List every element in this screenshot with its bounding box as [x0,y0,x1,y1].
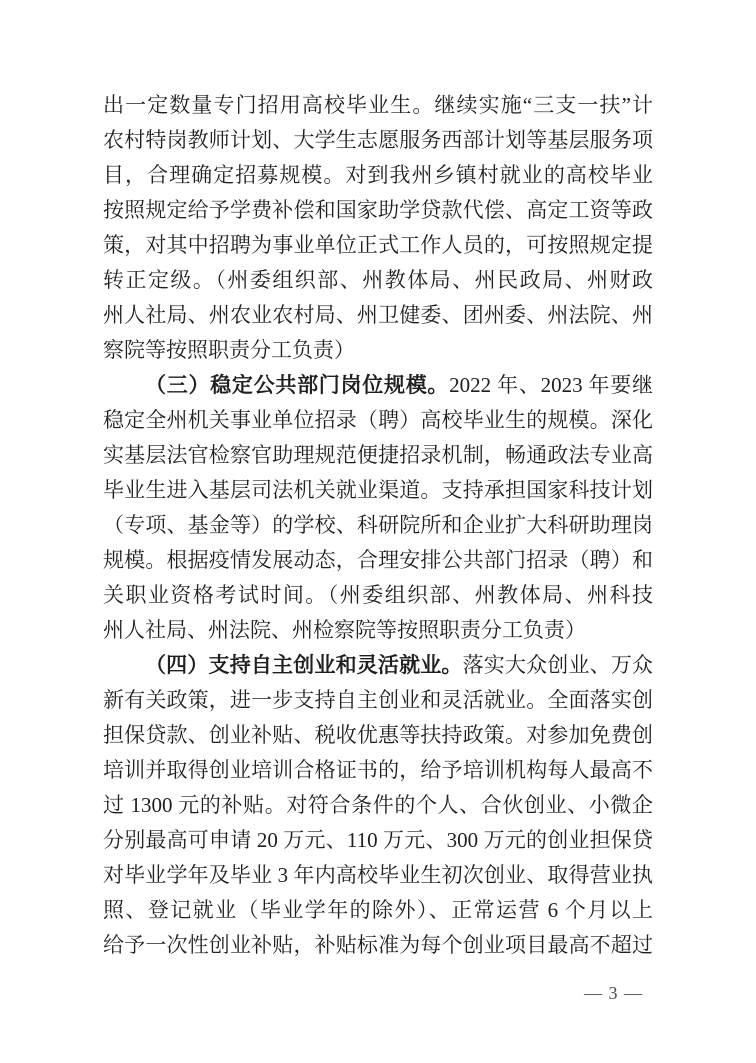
document-page: 出一定数量专门招用高校毕业生。继续实施“三支一扶”计划、农村特岗教师计划、大学生… [0,0,756,1063]
text-line: 规模。根据疫情发展动态，合理安排公共部门招录（聘）和有 [103,543,653,578]
text-line: 目，合理确定招募规模。对到我州乡镇村就业的高校毕业生， [103,158,653,193]
text-line: 实基层法官检察官助理规范便捷招录机制，畅通政法专业高校 [103,438,653,473]
text-line: 转正定级。（州委组织部、州教体局、州民政局、州财政局、 [103,263,653,298]
text-line: （专项、基金等）的学校、科研院所和企业扩大科研助理岗位 [103,508,653,543]
text-line-content: 农村特岗教师计划、大学生志愿服务西部计划等基层服务项 [103,128,653,152]
text-line-content: 毕业生进入基层司法机关就业渠道。支持承担国家科技计划 [103,478,653,502]
text-line-content: 培训并取得创业培训合格证书的，给予培训机构每人最高不超 [103,758,653,788]
text-line-content: 过 1300 元的补贴。对符合条件的个人、合伙创业、小微企业， [103,793,653,823]
text-line-content: 照、登记就业（毕业学年的除外）、正常运营 6 个月以上的， [103,898,653,928]
text-line: （四）支持自主创业和灵活就业。落实大众创业、万众创 [103,648,653,683]
text-line-content: 规模。根据疫情发展动态，合理安排公共部门招录（聘）和有 [103,548,653,578]
text-line-content: 担保贷款、创业补贴、税收优惠等扶持政策。对参加免费创业 [103,723,653,753]
text-line-content: 实基层法官检察官助理规范便捷招录机制，畅通政法专业高校 [103,443,653,473]
text-line-content: 策，对其中招聘为事业单位正式工作人员的，可按照规定提前 [103,233,653,263]
text-line-content: 对毕业学年及毕业 3 年内高校毕业生初次创业、取得营业执 [103,863,653,887]
text-line: 照、登记就业（毕业学年的除外）、正常运营 6 个月以上的， [103,893,653,928]
text-line-content: 关职业资格考试时间。（州委组织部、州教体局、州科技局、 [103,583,653,613]
text-line-content: 给予一次性创业补贴，补贴标准为每个创业项目最高不超过 3 [103,933,653,963]
text-line-content: 察院等按照职责分工负责） [103,338,355,362]
text-line: 州人社局、州法院、州检察院等按照职责分工负责） [103,613,653,648]
text-line-content: 出一定数量专门招用高校毕业生。继续实施“三支一扶”计划、 [103,93,653,123]
text-line-content: 分别最高可申请 20 万元、110 万元、300 万元的创业担保贷款。 [103,828,653,858]
text-line-content: （专项、基金等）的学校、科研院所和企业扩大科研助理岗位 [103,513,653,543]
text-line-content: 新有关政策，进一步支持自主创业和灵活就业。全面落实创业 [103,688,653,718]
text-line: 按照规定给予学费补偿和国家助学贷款代偿、高定工资等政 [103,193,653,228]
section-heading: （四）支持自主创业和灵活就业。 [145,653,463,677]
text-line: 州人社局、州农业农村局、州卫健委、团州委、州法院、州检 [103,298,653,333]
text-line: 农村特岗教师计划、大学生志愿服务西部计划等基层服务项 [103,123,653,158]
text-line-content: 按照规定给予学费补偿和国家助学贷款代偿、高定工资等政 [103,198,653,222]
text-line-content: 目，合理确定招募规模。对到我州乡镇村就业的高校毕业生， [103,163,653,193]
page-number: — 3 — [103,983,653,1004]
text-line-content: 转正定级。（州委组织部、州教体局、州民政局、州财政局、 [103,268,653,298]
text-line: 分别最高可申请 20 万元、110 万元、300 万元的创业担保贷款。 [103,823,653,858]
text-line: 对毕业学年及毕业 3 年内高校毕业生初次创业、取得营业执 [103,858,653,893]
text-line: 过 1300 元的补贴。对符合条件的个人、合伙创业、小微企业， [103,788,653,823]
text-line: 给予一次性创业补贴，补贴标准为每个创业项目最高不超过 3 [103,928,653,963]
text-line: 策，对其中招聘为事业单位正式工作人员的，可按照规定提前 [103,228,653,263]
section-heading: （三）稳定公共部门岗位规模。 [145,373,449,397]
text-line: 毕业生进入基层司法机关就业渠道。支持承担国家科技计划 [103,473,653,508]
text-line: 关职业资格考试时间。（州委组织部、州教体局、州科技局、 [103,578,653,613]
text-line: 出一定数量专门招用高校毕业生。继续实施“三支一扶”计划、 [103,88,653,123]
text-line: 担保贷款、创业补贴、税收优惠等扶持政策。对参加免费创业 [103,718,653,753]
text-line: 新有关政策，进一步支持自主创业和灵活就业。全面落实创业 [103,683,653,718]
text-line-content: 稳定全州机关事业单位招录（聘）高校毕业生的规模。深化落 [103,408,653,438]
text-line: 稳定全州机关事业单位招录（聘）高校毕业生的规模。深化落 [103,403,653,438]
text-line-content: 州人社局、州农业农村局、州卫健委、团州委、州法院、州检 [103,303,653,333]
document-body: 出一定数量专门招用高校毕业生。继续实施“三支一扶”计划、农村特岗教师计划、大学生… [103,88,653,963]
text-line: （三）稳定公共部门岗位规模。2022 年、2023 年要继续 [103,368,653,403]
text-line: 察院等按照职责分工负责） [103,333,653,368]
text-line-content: 州人社局、州法院、州检察院等按照职责分工负责） [103,618,586,642]
text-line: 培训并取得创业培训合格证书的，给予培训机构每人最高不超 [103,753,653,788]
